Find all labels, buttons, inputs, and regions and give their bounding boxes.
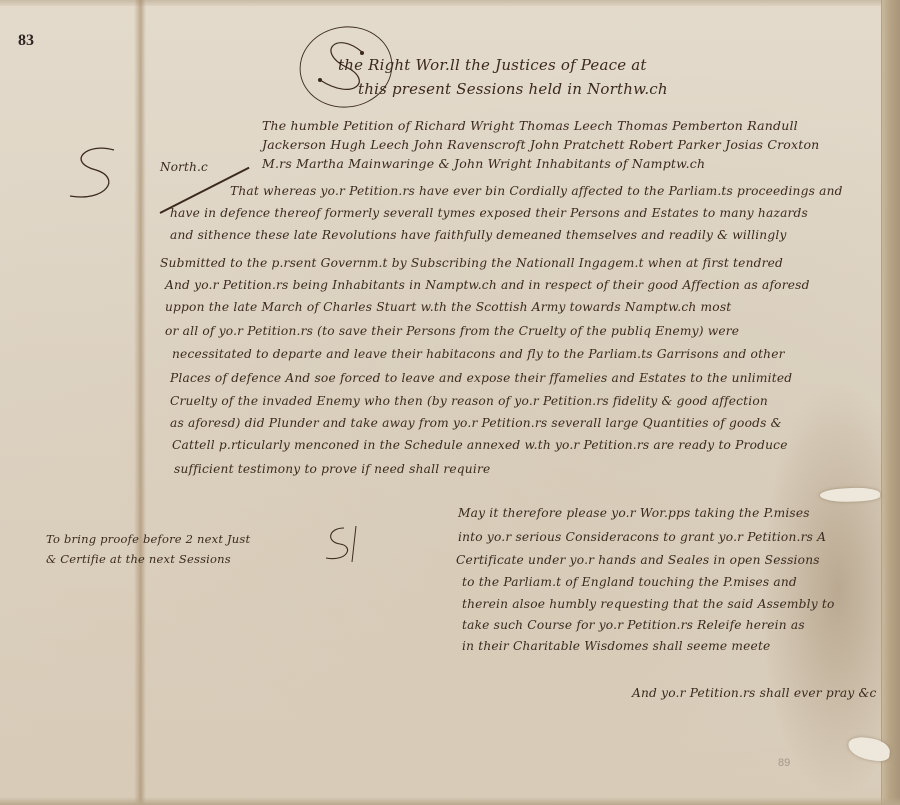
body-line: Submitted to the p.rsent Governm.t by Su… bbox=[160, 256, 783, 270]
archive-stamp: 89 bbox=[778, 757, 790, 769]
body-line: Cattell p.rticularly menconed in the Sch… bbox=[172, 438, 788, 452]
margin-flourish-icon bbox=[56, 144, 126, 204]
body-line: have in defence thereof formerly several… bbox=[170, 206, 808, 220]
fold-crease bbox=[134, 0, 146, 805]
prayer-line: to the Parliam.t of England touching the… bbox=[462, 575, 797, 589]
folio-number: 83 bbox=[18, 32, 34, 50]
body-line: and sithence these late Revolutions have… bbox=[170, 228, 787, 242]
body-line: sufficient testimony to prove if need sh… bbox=[174, 462, 490, 476]
prayer-line: therein alsoe humbly requesting that the… bbox=[462, 597, 835, 611]
body-line: That whereas yo.r Petition.rs have ever … bbox=[230, 184, 843, 198]
body-line: uppon the late March of Charles Stuart w… bbox=[165, 300, 731, 314]
marginal-note-line: To bring proofe before 2 next Just bbox=[46, 532, 250, 546]
marginal-note-line: & Certifie at the next Sessions bbox=[46, 552, 231, 566]
body-line: or all of yo.r Petition.rs (to save thei… bbox=[165, 324, 739, 338]
clerk-initials-icon bbox=[318, 522, 364, 566]
prayer-line: take such Course for yo.r Petition.rs Re… bbox=[462, 618, 805, 632]
prayer-line: in their Charitable Wisdomes shall seeme… bbox=[462, 639, 770, 653]
petitioners-line: Jackerson Hugh Leech John Ravenscroft Jo… bbox=[262, 137, 819, 152]
prayer-line: May it therefore please yo.r Wor.pps tak… bbox=[458, 506, 810, 520]
petitioners-line: The humble Petition of Richard Wright Th… bbox=[262, 118, 798, 133]
page-bottom-edge bbox=[0, 797, 900, 805]
closing-line: And yo.r Petition.rs shall ever pray &c bbox=[632, 686, 877, 700]
body-line: Places of defence And soe forced to leav… bbox=[170, 371, 792, 385]
margin-heading: North.c bbox=[160, 160, 208, 174]
page-right-edge bbox=[881, 0, 900, 805]
prayer-line: into yo.r serious Consideracons to grant… bbox=[458, 530, 826, 544]
body-line: And yo.r Petition.rs being Inhabitants i… bbox=[165, 278, 810, 292]
body-line: Cruelty of the invaded Enemy who then (b… bbox=[170, 394, 768, 408]
petitioners-line: M.rs Martha Mainwaringe & John Wright In… bbox=[262, 156, 705, 171]
body-line: necessitated to departe and leave their … bbox=[172, 347, 785, 361]
address-line: this present Sessions held in Northw.ch bbox=[358, 80, 668, 98]
body-line: as aforesd) did Plunder and take away fr… bbox=[170, 416, 782, 430]
address-line: the Right Wor.ll the Justices of Peace a… bbox=[338, 56, 647, 74]
prayer-line: Certificate under yo.r hands and Seales … bbox=[456, 553, 820, 567]
